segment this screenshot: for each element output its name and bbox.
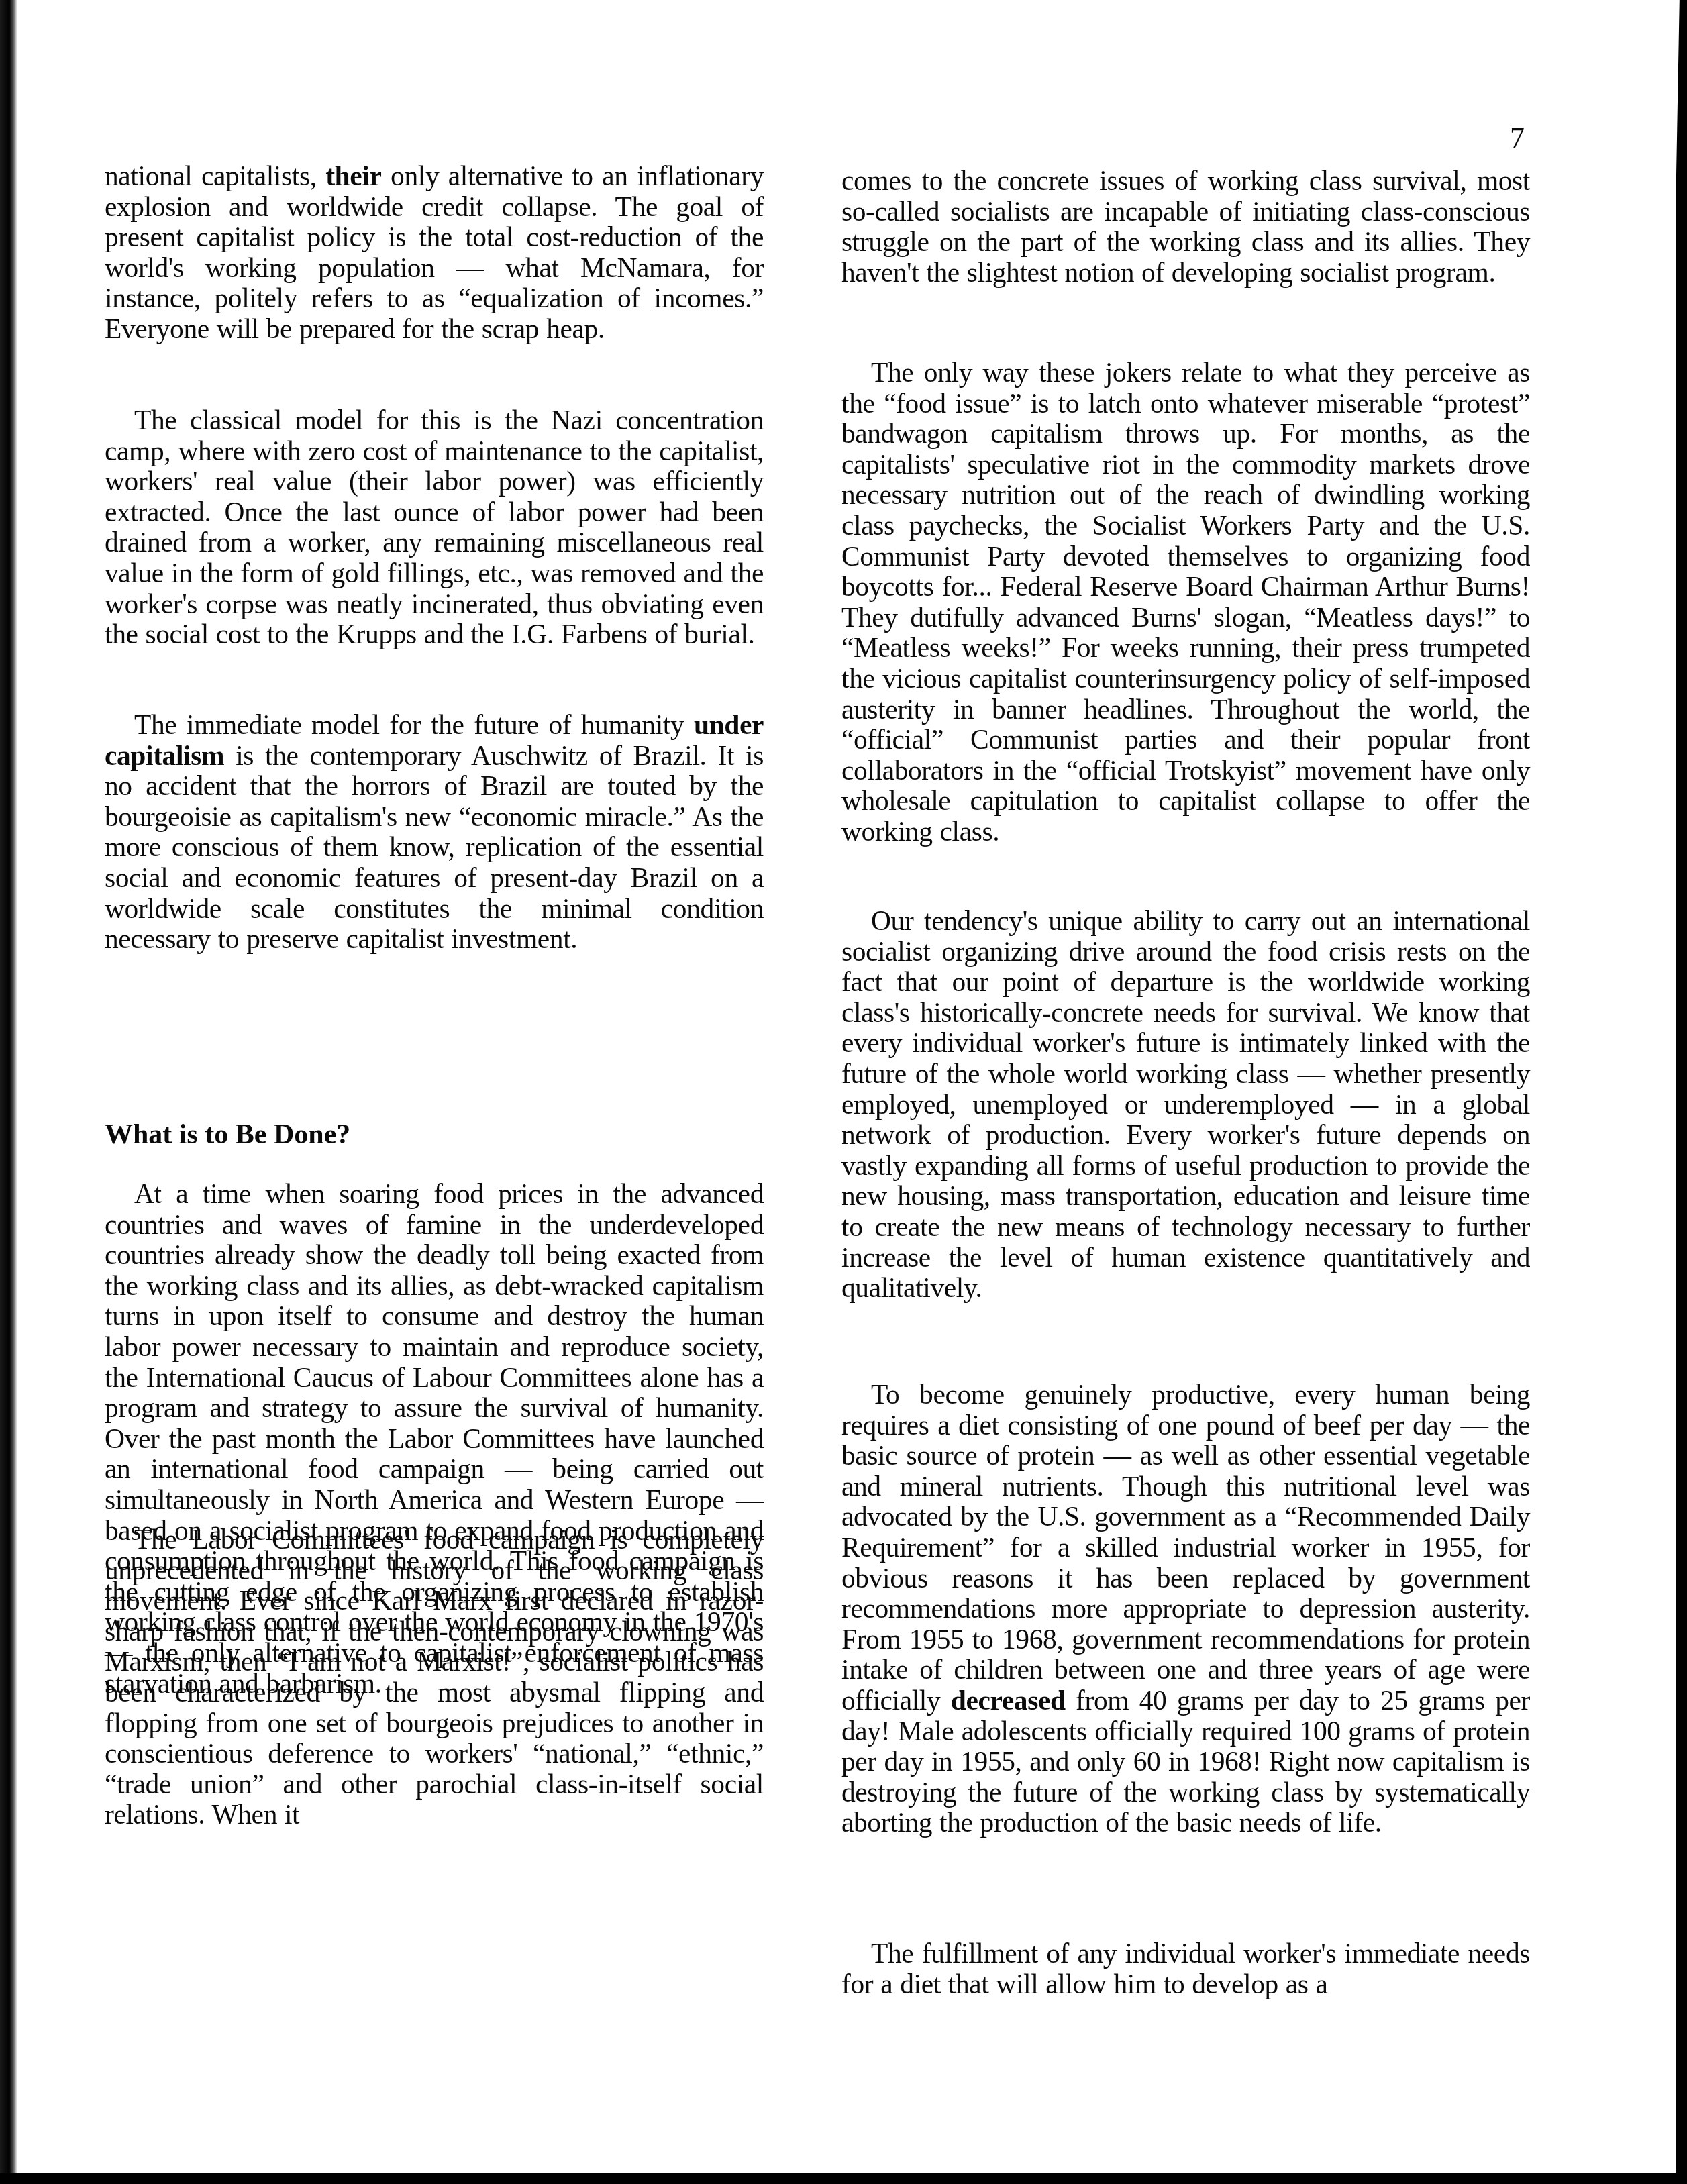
page-number: 7 — [1510, 122, 1525, 154]
paragraph-right-1: comes to the concrete issues of working … — [841, 166, 1530, 288]
paragraph-right-2: The only way these jokers relate to what… — [841, 358, 1530, 847]
paragraph-right-4: To become genuinely productive, every hu… — [841, 1380, 1530, 1838]
paragraph-left-5: The Labor Committees' food campaign is c… — [105, 1524, 764, 1830]
emphasis-their: their — [325, 160, 381, 191]
text: To become genuinely productive, every hu… — [841, 1379, 1530, 1716]
text: The immediate model for the future of hu… — [134, 709, 694, 740]
paragraph-right-3: Our tendency's unique ability to carry o… — [841, 906, 1530, 1304]
text: is the contemporary Auschwitz of Brazil.… — [105, 740, 764, 955]
section-heading: What is to Be Done? — [105, 1119, 350, 1150]
scan-edge-right — [1676, 0, 1687, 2184]
paragraph-left-3: The immediate model for the future of hu… — [105, 710, 764, 955]
scan-edge-bottom — [0, 2173, 1687, 2184]
emphasis-decreased: decreased — [951, 1685, 1066, 1716]
paragraph-left-1: national capitalists, their only alterna… — [105, 161, 764, 345]
scan-edge-left — [0, 0, 17, 2184]
paragraph-right-5: The fulfillment of any individual worker… — [841, 1938, 1530, 1999]
text: national capitalists, — [105, 160, 325, 191]
paragraph-left-2: The classical model for this is the Nazi… — [105, 405, 764, 650]
